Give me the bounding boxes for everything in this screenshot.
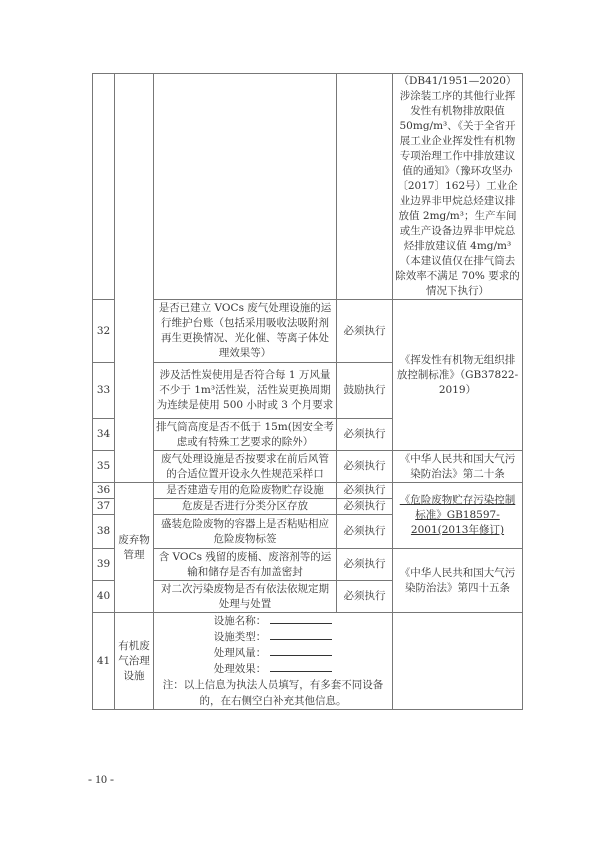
requirement-cell: 必须执行 — [337, 515, 393, 549]
requirement-cell: 必须执行 — [337, 451, 393, 483]
num-cell — [93, 74, 115, 300]
form-field-facility-name: 设施名称： — [156, 613, 390, 629]
requirement-cell: 必须执行 — [337, 483, 393, 499]
row-number: 34 — [93, 419, 115, 451]
item-cell: 是否已建立 VOCs 废气处理设施的运行维护台账（包括采用吸收法吸附剂再生更换情… — [154, 300, 337, 363]
facility-form-cell: 设施名称： 设施类型： 处理风量： 处理效果： 注：以上信息为执法人员填写，有多… — [154, 613, 393, 710]
row-number: 41 — [93, 613, 115, 710]
row-number: 40 — [93, 581, 115, 613]
category-cell-waste: 废弃物管理 — [115, 483, 154, 613]
requirement-cell: 必须执行 — [337, 581, 393, 613]
category-cell-voc-facility: 有机废气治理设施 — [115, 613, 154, 710]
row-number: 39 — [93, 549, 115, 581]
row-number: 35 — [93, 451, 115, 483]
basis-cell: （DB41/1951—2020）涉涂装工序的其他行业挥发性有机物排放限值 50m… — [393, 74, 523, 300]
requirement-cell — [337, 74, 393, 300]
row-number: 36 — [93, 483, 115, 499]
item-cell: 涉及活性炭使用是否符合每 1 万风量不少于 1m³活性炭，活性炭更换周期为连续是… — [154, 363, 337, 419]
item-cell: 排气筒高度是否不低于 15m(因安全考虑或有特殊工艺要求的除外） — [154, 419, 337, 451]
item-cell: 盛装危险废物的容器上是否粘贴相应危险废物标签 — [154, 515, 337, 549]
table-row: 35 废气处理设施是否按要求在前后风管的合适位置开设永久性规范采样口 必须执行 … — [93, 451, 523, 483]
table-row-31-continuation: （DB41/1951—2020）涉涂装工序的其他行业挥发性有机物排放限值 50m… — [93, 74, 523, 300]
basis-cell: 《挥发性有机物无组织排放控制标准》（GB37822-2019） — [393, 300, 523, 451]
table-row: 36 废弃物管理 是否建造专用的危险废物贮存设施 必须执行 《危险废物贮存污染控… — [93, 483, 523, 499]
item-cell: 是否建造专用的危险废物贮存设施 — [154, 483, 337, 499]
row-number: 37 — [93, 499, 115, 515]
form-field-air-volume: 处理风量： — [156, 645, 390, 661]
page-number: - 10 - — [88, 772, 114, 787]
table-row: 32 是否已建立 VOCs 废气处理设施的运行维护台账（包括采用吸收法吸附剂再生… — [93, 300, 523, 363]
basis-link-text: 《危险废物贮存污染控制标准》GB18597-2001(2013年修订) — [400, 494, 516, 536]
item-cell: 废气处理设施是否按要求在前后风管的合适位置开设永久性规范采样口 — [154, 451, 337, 483]
row-number: 38 — [93, 515, 115, 549]
requirement-cell: 必须执行 — [337, 549, 393, 581]
row-number: 32 — [93, 300, 115, 363]
category-cell-exhaust — [115, 74, 154, 483]
form-note: 注：以上信息为执法人员填写，有多套不同设备的，在右侧空白补充其他信息。 — [156, 677, 390, 709]
table-row: 39 含 VOCs 残留的废桶、废溶剂等的运输和储存是否有加盖密封 必须执行 《… — [93, 549, 523, 581]
form-field-facility-type: 设施类型： — [156, 629, 390, 645]
inspection-table: （DB41/1951—2020）涉涂装工序的其他行业挥发性有机物排放限值 50m… — [92, 73, 523, 710]
basis-cell: 《中华人民共和国大气污染防治法》第二十条 — [393, 451, 523, 483]
requirement-cell: 鼓励执行 — [337, 363, 393, 419]
item-cell: 对二次污染废物是否有依法依规定期处理与处置 — [154, 581, 337, 613]
basis-cell: 《危险废物贮存污染控制标准》GB18597-2001(2013年修订) — [393, 483, 523, 549]
facility-type-blank[interactable] — [270, 629, 332, 640]
form-field-effect: 处理效果： — [156, 661, 390, 677]
blank-supplement-cell — [393, 613, 523, 710]
facility-name-blank[interactable] — [270, 613, 332, 624]
table-row: 41 有机废气治理设施 设施名称： 设施类型： 处理风量： 处理效果： 注：以上… — [93, 613, 523, 710]
item-cell: 含 VOCs 残留的废桶、废溶剂等的运输和储存是否有加盖密封 — [154, 549, 337, 581]
requirement-cell: 必须执行 — [337, 419, 393, 451]
air-volume-blank[interactable] — [270, 645, 332, 656]
basis-cell: 《中华人民共和国大气污染防治法》第四十五条 — [393, 549, 523, 613]
item-cell — [154, 74, 337, 300]
effect-blank[interactable] — [270, 661, 332, 672]
requirement-cell: 必须执行 — [337, 300, 393, 363]
requirement-cell: 必须执行 — [337, 499, 393, 515]
row-number: 33 — [93, 363, 115, 419]
item-cell: 危废是否进行分类分区存放 — [154, 499, 337, 515]
